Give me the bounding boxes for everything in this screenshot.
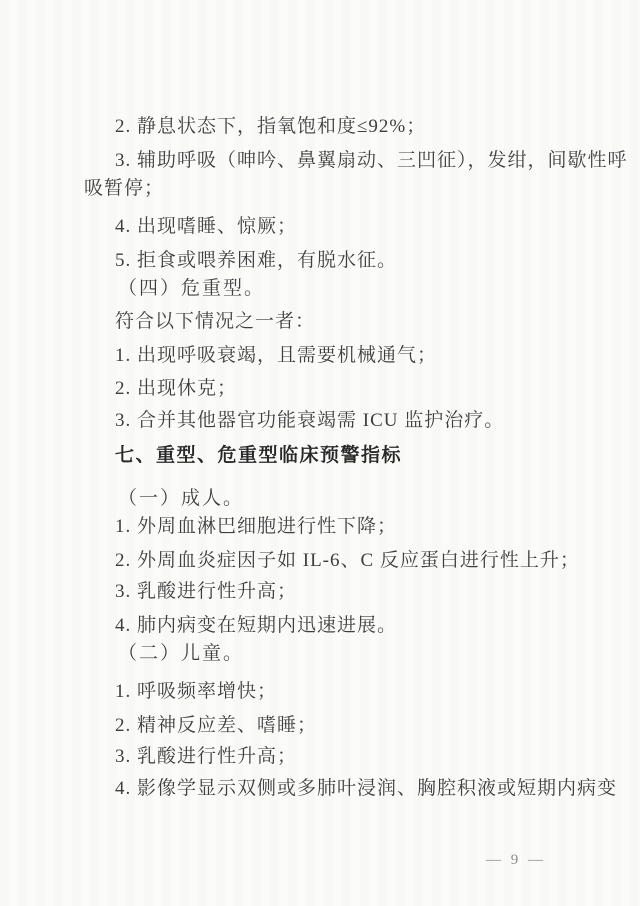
- page-number: — 9 —: [486, 851, 546, 869]
- doc-line-wrap: 吸暂停；: [84, 178, 164, 200]
- doc-line: 3. 乳酸进行性升高；: [84, 581, 297, 603]
- section-heading-7: 七、重型、危重型临床预警指标: [84, 445, 402, 467]
- doc-line: 2. 静息状态下，指氧饱和度≤92%；: [84, 116, 426, 138]
- doc-line: 1. 外周血淋巴细胞进行性下降；: [84, 516, 397, 538]
- doc-line: 4. 肺内病变在短期内迅速进展。: [84, 615, 397, 637]
- doc-line: 3. 乳酸进行性升高；: [84, 746, 297, 768]
- doc-line: 4. 影像学显示双侧或多肺叶浸润、胸腔积液或短期内病变: [84, 778, 617, 800]
- doc-line: 3. 辅助呼吸（呻吟、鼻翼扇动、三凹征），发绀，间歇性呼: [84, 150, 628, 172]
- doc-line: 4. 出现嗜睡、惊厥；: [84, 216, 297, 238]
- doc-line: 1. 呼吸频率增快；: [84, 681, 277, 703]
- doc-line: 3. 合并其他器官功能衰竭需 ICU 监护治疗。: [84, 410, 504, 432]
- subsection-heading-4: （四）危重型。: [84, 278, 265, 300]
- subsection-heading-adults: （一）成人。: [84, 488, 244, 510]
- doc-line: 2. 外周血炎症因子如 IL-6、C 反应蛋白进行性上升；: [84, 550, 580, 572]
- scanned-document-page: 2. 静息状态下，指氧饱和度≤92%； 3. 辅助呼吸（呻吟、鼻翼扇动、三凹征）…: [0, 0, 640, 906]
- subsection-heading-children: （二）儿童。: [84, 643, 244, 665]
- doc-line: 1. 出现呼吸衰竭，且需要机械通气；: [84, 345, 437, 367]
- doc-line: 2. 出现休克；: [84, 378, 237, 400]
- doc-line: 符合以下情况之一者：: [84, 311, 315, 333]
- doc-line: 5. 拒食或喂养困难，有脱水征。: [84, 250, 397, 272]
- doc-line: 2. 精神反应差、嗜睡；: [84, 715, 317, 737]
